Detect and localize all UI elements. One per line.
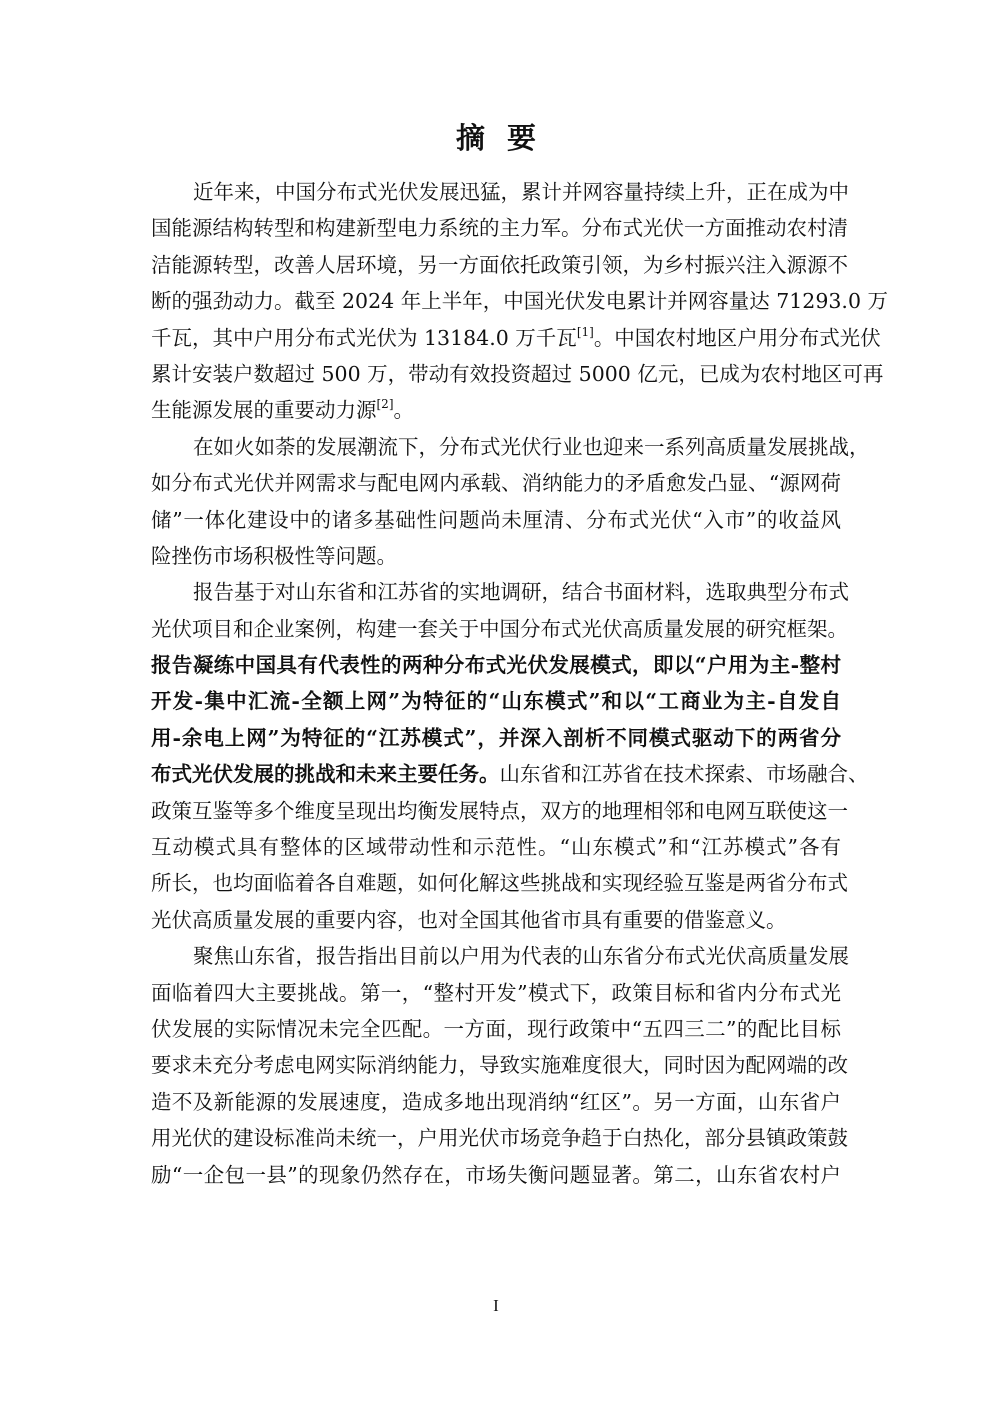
text-line: 面临着四大主要挑战。第一，“整村开发”模式下，政策目标和省内分布式光 [151,975,841,1011]
text-line: 千瓦，其中户用分布式光伏为 13184.0 万千瓦[1]。中国农村地区户用分布式… [151,320,841,356]
text-line: 光伏高质量发展的重要内容，也对全国其他省市具有重要的借鉴意义。 [151,902,841,938]
text-run: 千瓦，其中户用分布式光伏为 13184.0 万千瓦 [151,326,577,350]
text-line: 累计安装户数超过 500 万，带动有效投资超过 5000 亿元，已成为农村地区可… [151,356,841,392]
text-run: 累计安装户数超过 500 万，带动有效投资超过 5000 亿元，已成为农村地区可… [151,362,883,386]
text-run: 险挫伤市场积极性等问题。 [151,544,397,568]
text-line: 要求未充分考虑电网实际消纳能力，导致实施难度很大，同时因为配网端的改 [151,1047,841,1083]
text-line: 聚焦山东省，报告指出目前以户用为代表的山东省分布式光伏高质量发展 [151,938,841,974]
text-line: 报告凝练中国具有代表性的两种分布式光伏发展模式，即以“户用为主-整村 [151,647,841,683]
citation-ref: [2] [377,397,394,411]
text-line: 洁能源转型，改善人居环境，另一方面依托政策引领，为乡村振兴注入源源不 [151,247,841,283]
text-run: 近年来，中国分布式光伏发展迅猛，累计并网容量持续上升，正在成为中 [193,180,849,204]
bold-text: 用-余电上网”为特征的“江苏模式”，并深入剖析不同模式驱动下的两省分 [151,726,841,750]
text-run: 互动模式具有整体的区域带动性和示范性。“山东模式”和“江苏模式”各有 [151,835,841,859]
text-line: 政策互鉴等多个维度呈现出均衡发展特点，双方的地理相邻和电网互联使这一 [151,793,841,829]
text-run: 生能源发展的重要动力源 [151,398,377,422]
text-line: 互动模式具有整体的区域带动性和示范性。“山东模式”和“江苏模式”各有 [151,829,841,865]
text-line: 布式光伏发展的挑战和未来主要任务。山东省和江苏省在技术探索、市场融合、 [151,756,841,792]
text-line: 伏发展的实际情况未完全匹配。一方面，现行政策中“五四三二”的配比目标 [151,1011,841,1047]
text-line: 国能源结构转型和构建新型电力系统的主力军。分布式光伏一方面推动农村清 [151,210,841,246]
text-line: 生能源发展的重要动力源[2]。 [151,392,841,428]
text-line: 造不及新能源的发展速度，造成多地出现消纳“红区”。另一方面，山东省户 [151,1084,841,1120]
text-run: 聚焦山东省，报告指出目前以户用为代表的山东省分布式光伏高质量发展 [193,944,849,968]
text-run: 政策互鉴等多个维度呈现出均衡发展特点，双方的地理相邻和电网互联使这一 [151,799,848,823]
bold-text: 布式光伏发展的挑战和未来主要任务。 [151,762,500,786]
abstract-body: 近年来，中国分布式光伏发展迅猛，累计并网容量持续上升，正在成为中国能源结构转型和… [151,174,841,1193]
text-run: 所长，也均面临着各自难题，如何化解这些挑战和实现经验互鉴是两省分布式 [151,871,848,895]
text-line: 储”一体化建设中的诸多基础性问题尚未厘清、分布式光伏“入市”的收益风 [151,502,841,538]
text-run: 山东省和江苏省在技术探索、市场融合、 [500,762,869,786]
text-run: 。中国农村地区户用分布式光伏 [594,326,881,350]
text-line: 所长，也均面临着各自难题，如何化解这些挑战和实现经验互鉴是两省分布式 [151,865,841,901]
text-run: 在如火如荼的发展潮流下，分布式光伏行业也迎来一系列高质量发展挑战， [193,435,870,459]
text-run: 国能源结构转型和构建新型电力系统的主力军。分布式光伏一方面推动农村清 [151,216,848,240]
text-run: 。 [394,398,415,422]
text-line: 险挫伤市场积极性等问题。 [151,538,841,574]
text-line: 如分布式光伏并网需求与配电网内承载、消纳能力的矛盾愈发凸显、“源网荷 [151,465,841,501]
text-line: 开发-集中汇流-全额上网”为特征的“山东模式”和以“工商业为主-自发自 [151,683,841,719]
bold-text: 开发-集中汇流-全额上网”为特征的“山东模式”和以“工商业为主-自发自 [151,689,841,713]
text-run: 断的强劲动力。截至 2024 年上半年，中国光伏发电累计并网容量达 71293.… [151,289,888,313]
citation-ref: [1] [577,325,594,339]
text-run: 用光伏的建设标准尚未统一，户用光伏市场竞争趋于白热化，部分县镇政策鼓 [151,1126,848,1150]
text-line: 在如火如荼的发展潮流下，分布式光伏行业也迎来一系列高质量发展挑战， [151,429,841,465]
text-run: 洁能源转型，改善人居环境，另一方面依托政策引领，为乡村振兴注入源源不 [151,253,848,277]
page-number: I [0,1296,992,1316]
text-run: 光伏高质量发展的重要内容，也对全国其他省市具有重要的借鉴意义。 [151,908,787,932]
text-run: 伏发展的实际情况未完全匹配。一方面，现行政策中“五四三二”的配比目标 [151,1017,841,1041]
text-run: 要求未充分考虑电网实际消纳能力，导致实施难度很大，同时因为配网端的改 [151,1053,848,1077]
text-run: 造不及新能源的发展速度，造成多地出现消纳“红区”。另一方面，山东省户 [151,1090,841,1114]
text-line: 断的强劲动力。截至 2024 年上半年，中国光伏发电累计并网容量达 71293.… [151,283,841,319]
text-line: 报告基于对山东省和江苏省的实地调研，结合书面材料，选取典型分布式 [151,574,841,610]
text-run: 励“一企包一县”的现象仍然存在，市场失衡问题显著。第二，山东省农村户 [151,1163,841,1187]
page-title: 摘要 [0,118,992,158]
text-line: 光伏项目和企业案例，构建一套关于中国分布式光伏高质量发展的研究框架。 [151,611,841,647]
text-run: 储”一体化建设中的诸多基础性问题尚未厘清、分布式光伏“入市”的收益风 [151,508,841,532]
text-line: 用-余电上网”为特征的“江苏模式”，并深入剖析不同模式驱动下的两省分 [151,720,841,756]
document-page: 摘要 近年来，中国分布式光伏发展迅猛，累计并网容量持续上升，正在成为中国能源结构… [0,0,992,1403]
text-run: 面临着四大主要挑战。第一，“整村开发”模式下，政策目标和省内分布式光 [151,981,841,1005]
text-run: 报告基于对山东省和江苏省的实地调研，结合书面材料，选取典型分布式 [193,580,849,604]
text-line: 用光伏的建设标准尚未统一，户用光伏市场竞争趋于白热化，部分县镇政策鼓 [151,1120,841,1156]
text-line: 近年来，中国分布式光伏发展迅猛，累计并网容量持续上升，正在成为中 [151,174,841,210]
bold-text: 报告凝练中国具有代表性的两种分布式光伏发展模式，即以“户用为主-整村 [151,653,841,677]
text-run: 如分布式光伏并网需求与配电网内承载、消纳能力的矛盾愈发凸显、“源网荷 [151,471,841,495]
text-run: 光伏项目和企业案例，构建一套关于中国分布式光伏高质量发展的研究框架。 [151,617,848,641]
text-line: 励“一企包一县”的现象仍然存在，市场失衡问题显著。第二，山东省农村户 [151,1157,841,1193]
